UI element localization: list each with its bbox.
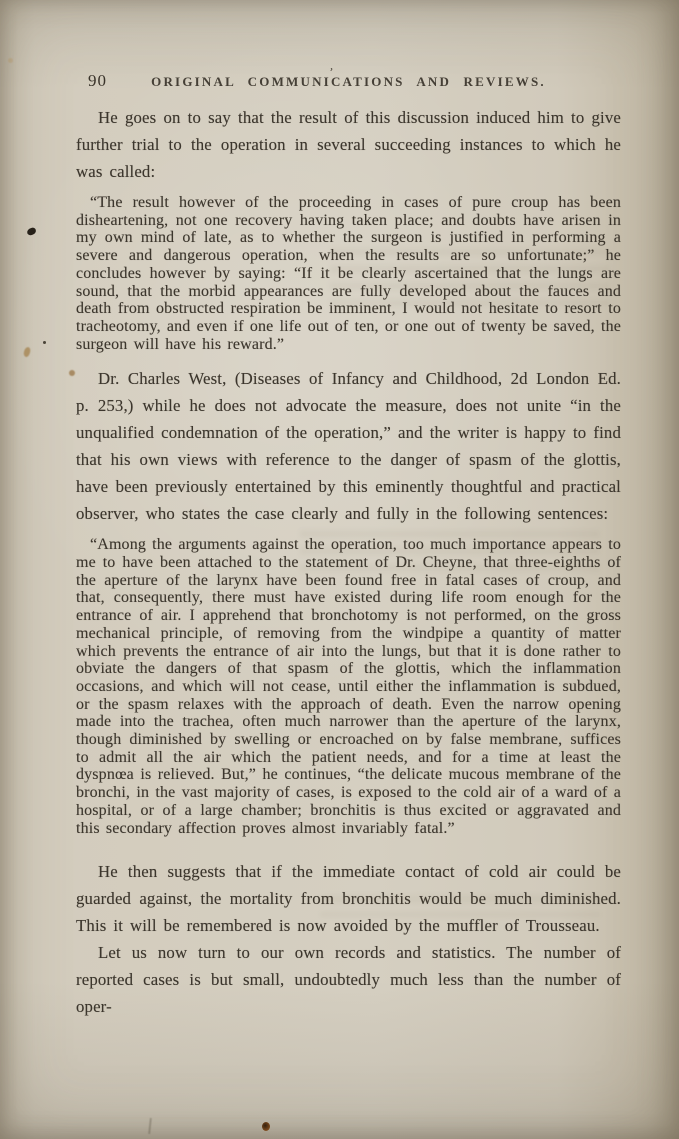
block-quote: “Among the arguments against the operati… <box>76 536 621 837</box>
body-paragraph: Let us now turn to our own records and s… <box>76 939 621 1020</box>
block-quote: “The result however of the proceeding in… <box>76 194 621 353</box>
body-paragraph: Dr. Charles West, (Diseases of Infancy a… <box>76 365 621 527</box>
rust-speck <box>262 1122 270 1131</box>
ink-speck <box>43 341 46 344</box>
paper-fleck <box>69 370 75 376</box>
ink-speck <box>26 227 37 236</box>
scratch-mark <box>148 1118 152 1134</box>
running-head: 90 ORIGINAL COMMUNICATIONS AND REVIEWS. … <box>76 71 621 93</box>
body-paragraph: He goes on to say that the result of thi… <box>76 104 621 185</box>
running-title: ORIGINAL COMMUNICATIONS AND REVIEWS. <box>76 74 621 90</box>
scanned-book-page: 90 ORIGINAL COMMUNICATIONS AND REVIEWS. … <box>0 0 679 1139</box>
body-paragraph: He then suggests that if the immediate c… <box>76 858 621 939</box>
text-column: He goes on to say that the result of thi… <box>76 104 621 1020</box>
paper-fleck <box>8 58 13 63</box>
paper-fleck <box>23 346 32 357</box>
